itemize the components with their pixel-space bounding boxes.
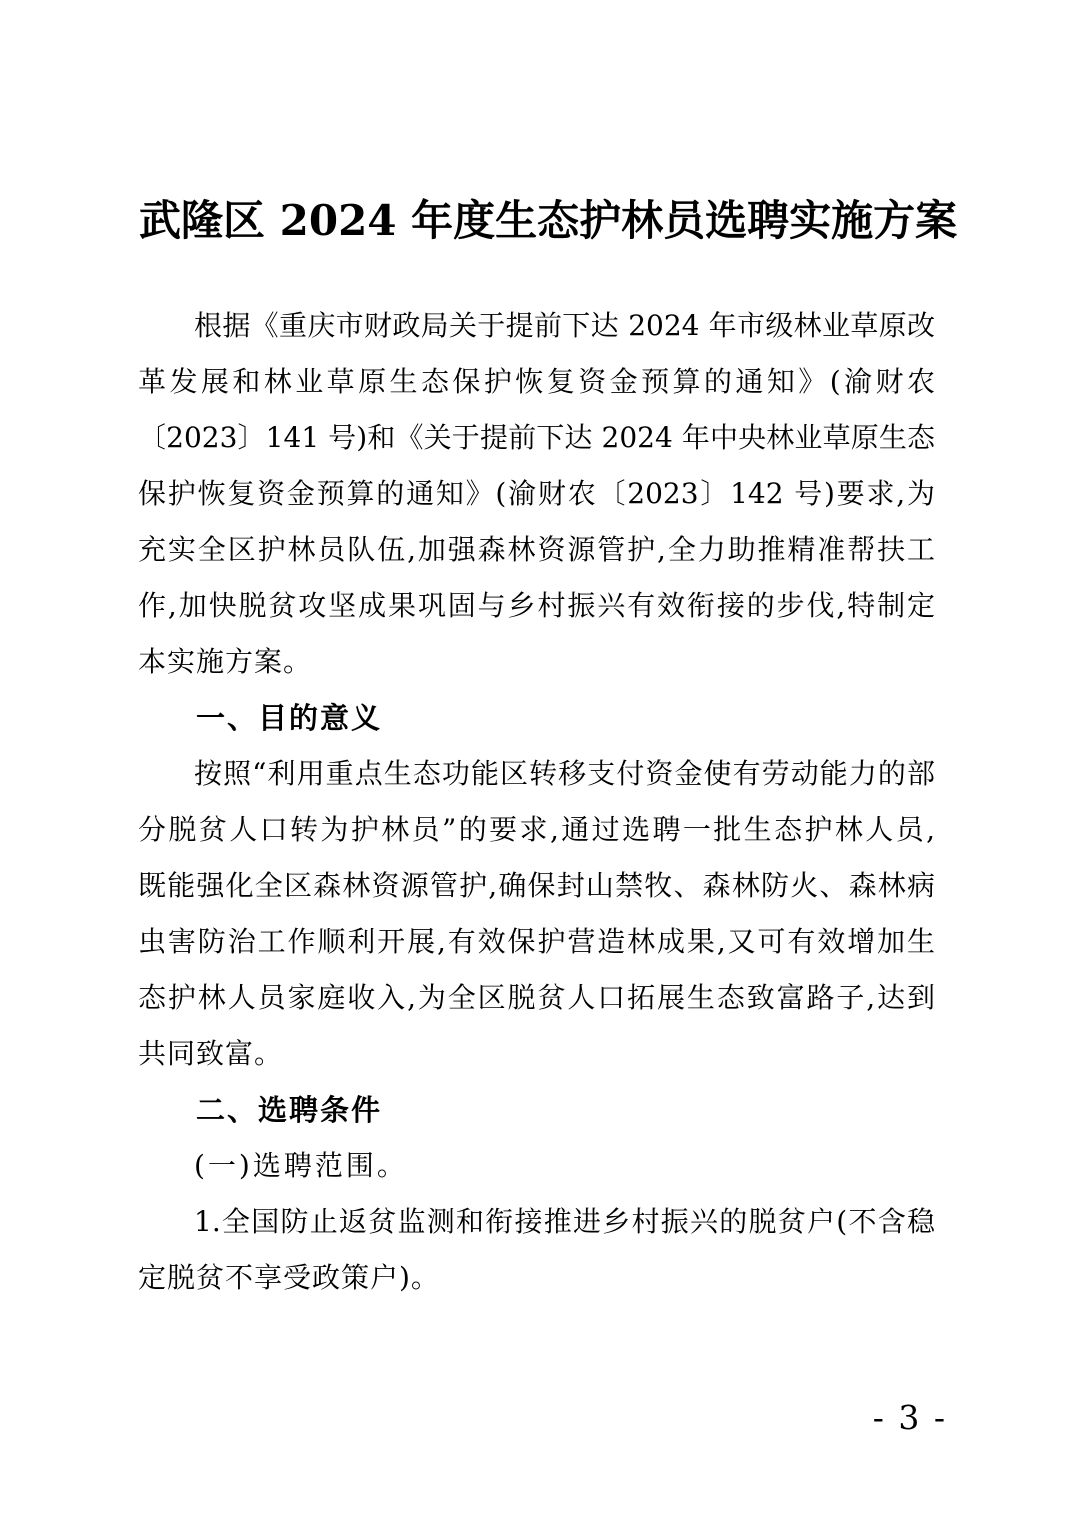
paragraph-line: 充实全区护林员队伍,加强森林资源管护,全力助推精准帮扶工: [138, 522, 935, 578]
page-number: - 3 -: [873, 1398, 947, 1437]
document-page: 武隆区 2024 年度生态护林员选聘实施方案 根据《重庆市财政局关于提前下达 2…: [0, 0, 1074, 1520]
section-heading: 二、选聘条件: [138, 1082, 935, 1138]
paragraph-line: 保护恢复资金预算的通知》(渝财农〔2023〕142 号)要求,为: [138, 466, 935, 522]
paragraph-line: 革发展和林业草原生态保护恢复资金预算的通知》(渝财农: [138, 354, 935, 410]
paragraph-line: 作,加快脱贫攻坚成果巩固与乡村振兴有效衔接的步伐,特制定: [138, 578, 935, 634]
paragraph-line: 〔2023〕141 号)和《关于提前下达 2024 年中央林业草原生态: [138, 410, 935, 466]
paragraph-line: 1.全国防止返贫监测和衔接推进乡村振兴的脱贫户(不含稳: [138, 1194, 935, 1250]
paragraph-line: 既能强化全区森林资源管护,确保封山禁牧、森林防火、森林病: [138, 858, 935, 914]
paragraph-line: 本实施方案。: [138, 634, 935, 690]
document-body: 根据《重庆市财政局关于提前下达 2024 年市级林业草原改 革发展和林业草原生态…: [138, 298, 935, 1306]
paragraph-line: 分脱贫人口转为护林员”的要求,通过选聘一批生态护林人员,: [138, 802, 935, 858]
paragraph-line: 按照“利用重点生态功能区转移支付资金使有劳动能力的部: [138, 746, 935, 802]
paragraph-line: 态护林人员家庭收入,为全区脱贫人口拓展生态致富路子,达到: [138, 970, 935, 1026]
paragraph-line: 根据《重庆市财政局关于提前下达 2024 年市级林业草原改: [138, 298, 935, 354]
paragraph-line: 共同致富。: [138, 1026, 935, 1082]
document-title: 武隆区 2024 年度生态护林员选聘实施方案: [139, 188, 935, 248]
paragraph-line: 定脱贫不享受政策户)。: [138, 1250, 935, 1306]
section-heading: 一、目的意义: [138, 690, 935, 746]
section-subheading: (一)选聘范围。: [138, 1138, 935, 1194]
paragraph-line: 虫害防治工作顺利开展,有效保护营造林成果,又可有效增加生: [138, 914, 935, 970]
